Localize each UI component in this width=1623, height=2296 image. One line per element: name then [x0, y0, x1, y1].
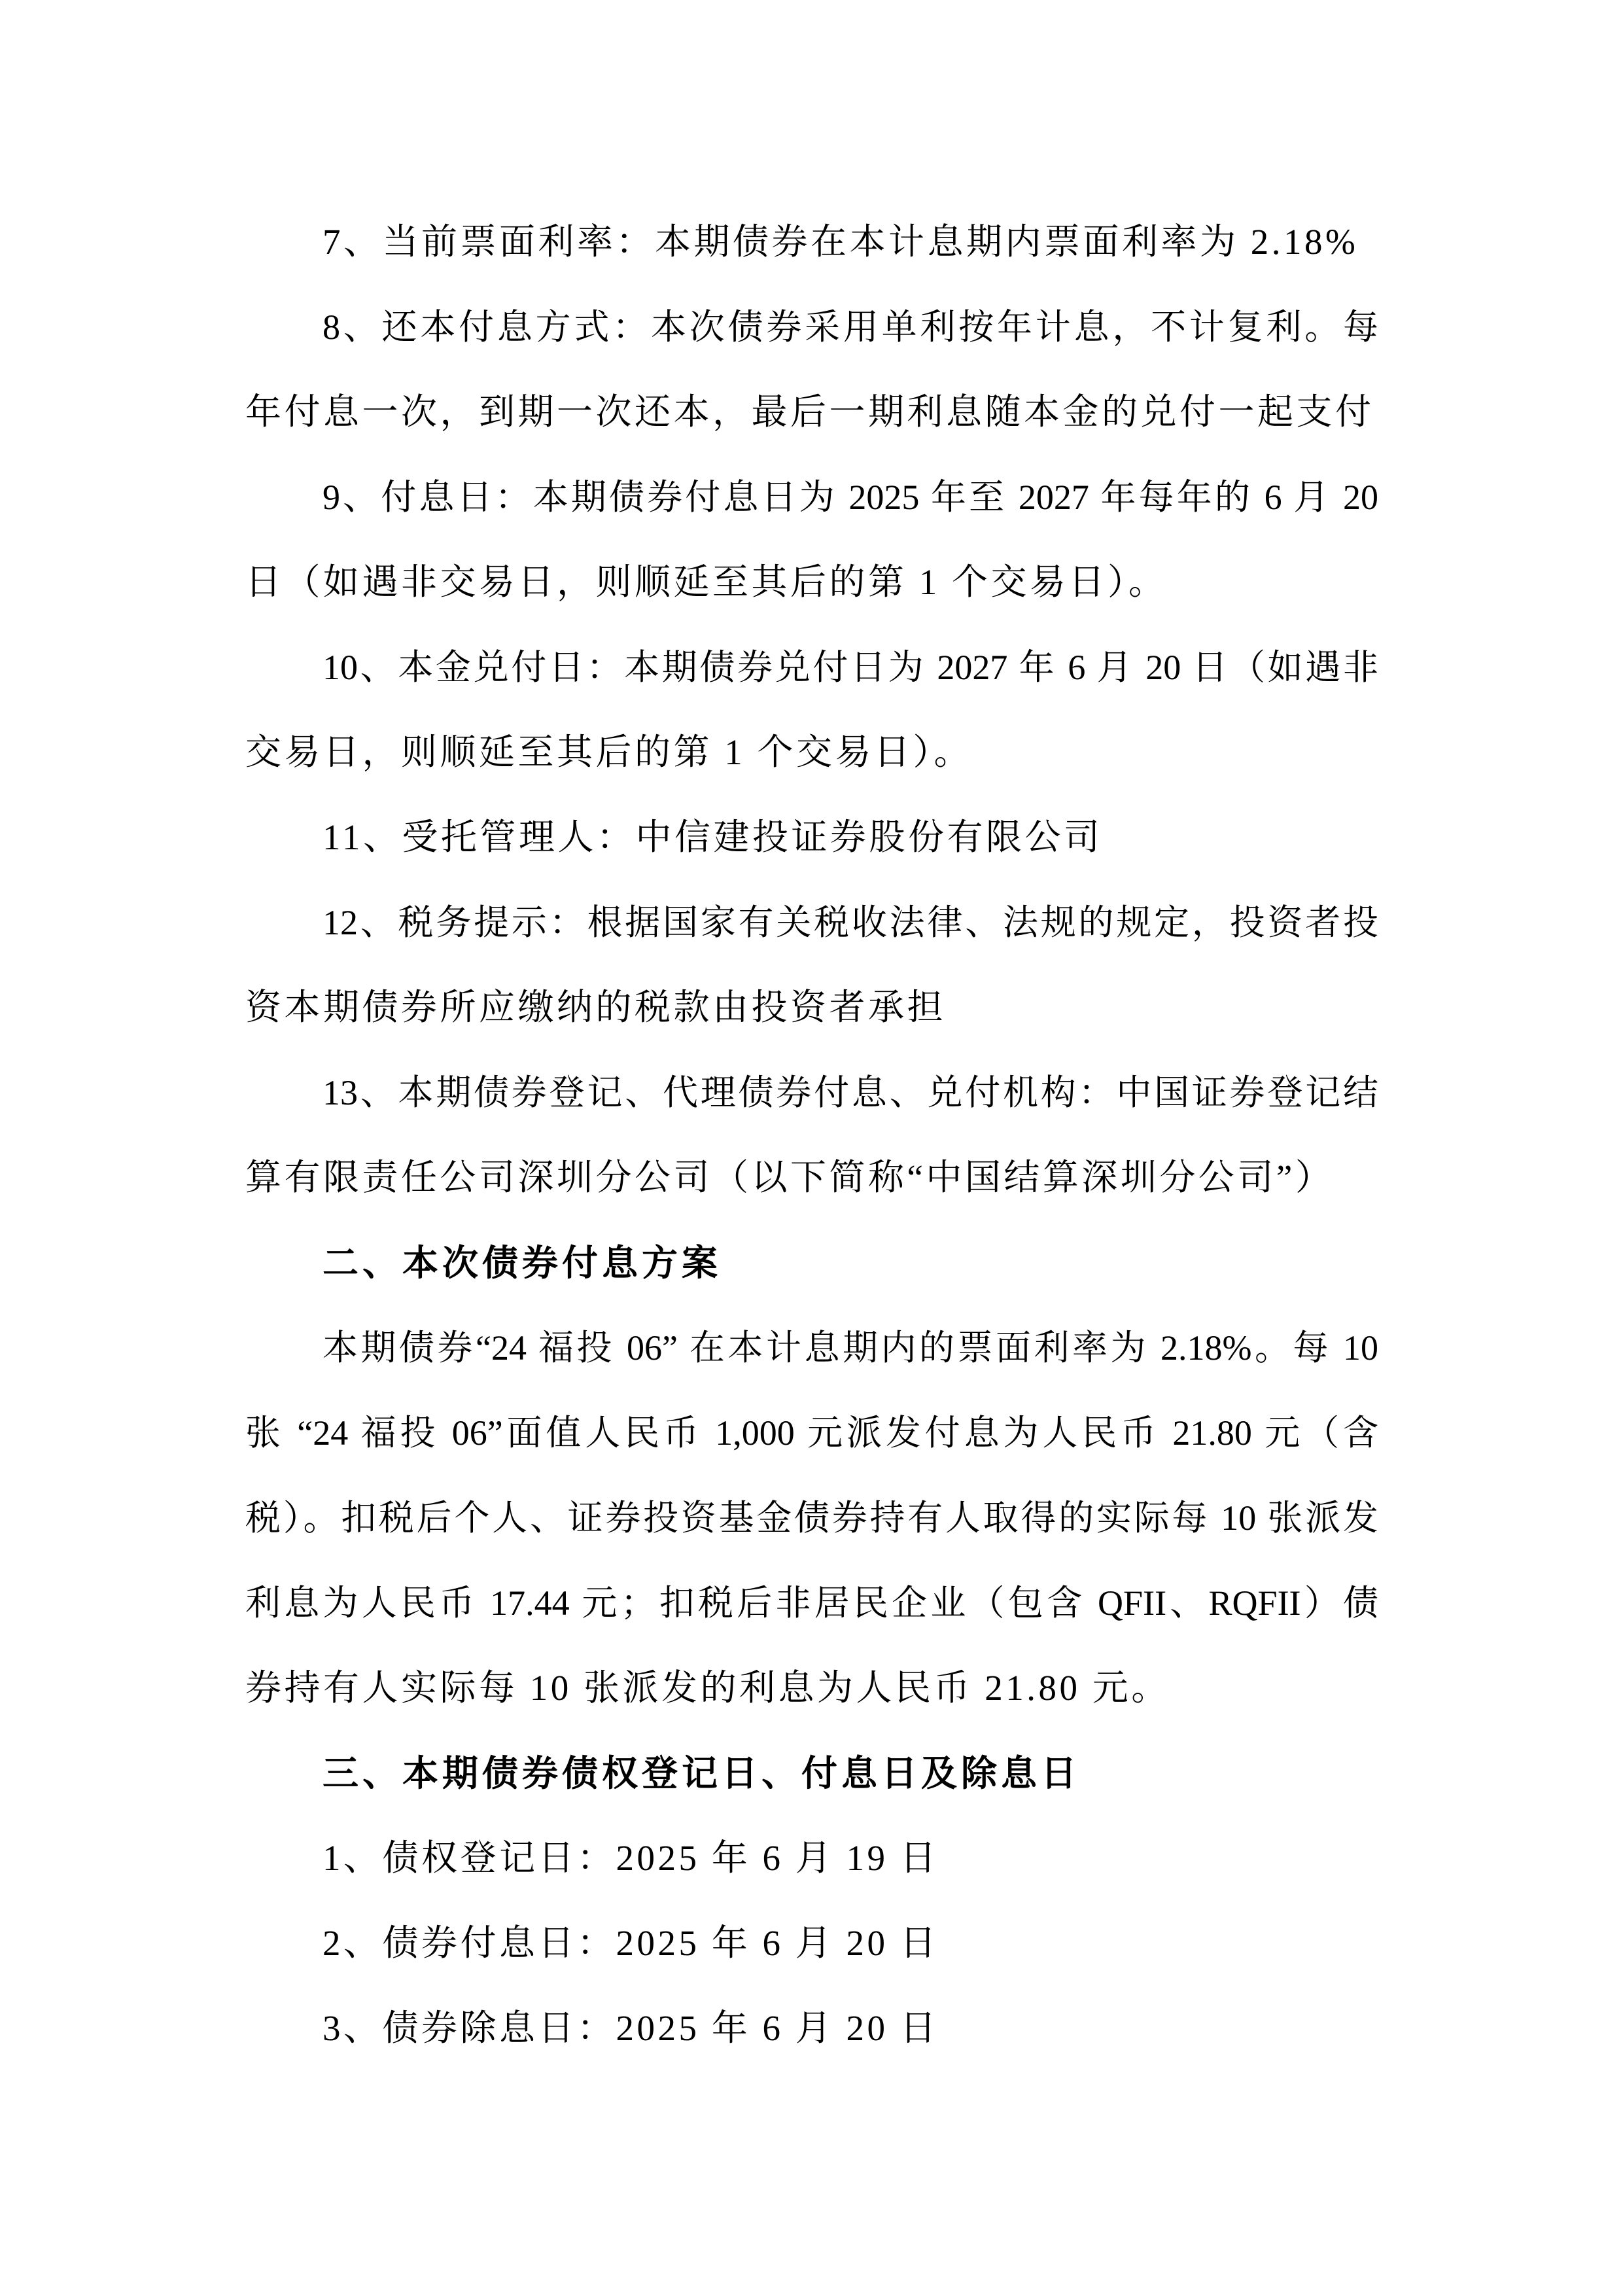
text-line-ex-interest-date: 3、债券除息日：2025 年 6 月 20 日 — [245, 1986, 1378, 2071]
text-line-plan-1: 本期债券“24 福投 06” 在本计息期内的票面利率为 2.18%。每 10 — [245, 1305, 1378, 1390]
text-line-item7: 7、当前票面利率：本期债券在本计息期内票面利率为 2.18% — [245, 200, 1378, 285]
text-line-item13: 13、本期债券登记、代理债券付息、兑付机构：中国证券登记结 — [245, 1050, 1378, 1135]
text-line-item10: 10、本金兑付日：本期债券兑付日为 2027 年 6 月 20 日（如遇非 — [245, 625, 1378, 710]
text-line-plan-2: 张 “24 福投 06”面值人民币 1,000 元派发付息为人民币 21.80 … — [245, 1390, 1378, 1475]
text-line-plan-4: 利息为人民币 17.44 元；扣税后非居民企业（包含 QFII、RQFII）债 — [245, 1561, 1378, 1646]
text-line-item11: 11、受托管理人：中信建投证券股份有限公司 — [245, 795, 1378, 880]
document-page: 7、当前票面利率：本期债券在本计息期内票面利率为 2.18% 8、还本付息方式：… — [0, 0, 1623, 2296]
section-heading-3: 三、本期债券债权登记日、付息日及除息日 — [245, 1731, 1378, 1816]
text-line-plan-3: 税）。扣税后个人、证券投资基金债券持有人取得的实际每 10 张派发 — [245, 1475, 1378, 1561]
text-line-plan-5: 券持有人实际每 10 张派发的利息为人民币 21.80 元。 — [245, 1646, 1378, 1731]
text-line-item8-cont: 年付息一次，到期一次还本，最后一期利息随本金的兑付一起支付 — [245, 370, 1378, 455]
text-line-payment-date: 2、债券付息日：2025 年 6 月 20 日 — [245, 1901, 1378, 1986]
text-line-record-date: 1、债权登记日：2025 年 6 月 19 日 — [245, 1816, 1378, 1901]
text-line-item8: 8、还本付息方式：本次债券采用单利按年计息，不计复利。每 — [245, 285, 1378, 370]
text-line-item9-cont: 日（如遇非交易日，则顺延至其后的第 1 个交易日）。 — [245, 540, 1378, 625]
text-line-item9: 9、付息日：本期债券付息日为 2025 年至 2027 年每年的 6 月 20 — [245, 455, 1378, 540]
text-line-item12-cont: 资本期债券所应缴纳的税款由投资者承担 — [245, 965, 1378, 1050]
text-line-item13-cont: 算有限责任公司深圳分公司（以下简称“中国结算深圳分公司”） — [245, 1135, 1378, 1220]
section-heading-2: 二、本次债券付息方案 — [245, 1220, 1378, 1305]
text-line-item10-cont: 交易日，则顺延至其后的第 1 个交易日）。 — [245, 710, 1378, 795]
document-body: 7、当前票面利率：本期债券在本计息期内票面利率为 2.18% 8、还本付息方式：… — [245, 200, 1378, 2071]
text-line-item12: 12、税务提示：根据国家有关税收法律、法规的规定，投资者投 — [245, 880, 1378, 965]
